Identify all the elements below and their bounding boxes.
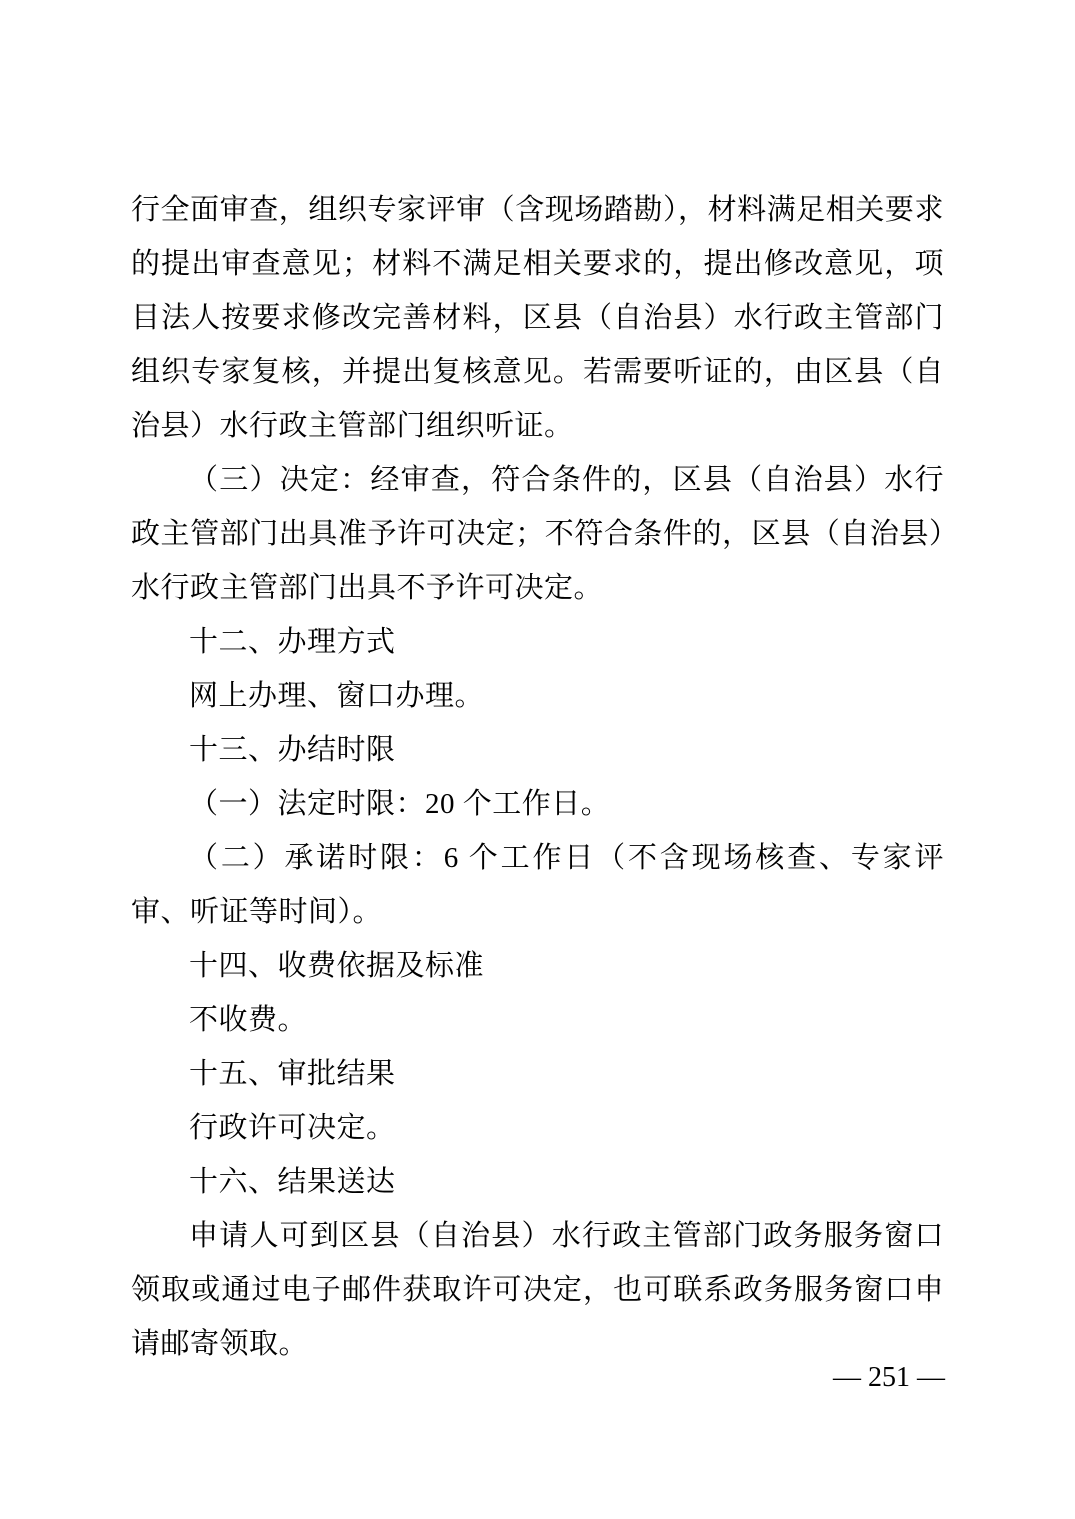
section-heading-12: 十二、办理方式 — [131, 615, 944, 669]
section-heading-15: 十五、审批结果 — [131, 1047, 944, 1101]
paragraph-review-process: 行全面审查，组织专家评审（含现场踏勘），材料满足相关要求的提出审查意见；材料不满… — [131, 183, 944, 453]
paragraph-handling-method: 网上办理、窗口办理。 — [131, 669, 944, 723]
paragraph-fee: 不收费。 — [131, 993, 944, 1047]
page-number: — 251 — — [833, 1362, 945, 1394]
paragraph-approval-result: 行政许可决定。 — [131, 1101, 944, 1155]
document-page: { "colors": { "background": "#ffffff", "… — [0, 0, 1075, 1519]
paragraph-legal-time-limit: （一）法定时限：20 个工作日。 — [131, 777, 944, 831]
paragraph-decision: （三）决定：经审查，符合条件的，区县（自治县）水行政主管部门出具准予许可决定；不… — [131, 453, 944, 615]
section-heading-14: 十四、收费依据及标准 — [131, 939, 944, 993]
paragraph-result-delivery: 申请人可到区县（自治县）水行政主管部门政务服务窗口领取或通过电子邮件获取许可决定… — [131, 1209, 944, 1371]
document-body: 行全面审查，组织专家评审（含现场踏勘），材料满足相关要求的提出审查意见；材料不满… — [131, 183, 944, 1371]
section-heading-13: 十三、办结时限 — [131, 723, 944, 777]
paragraph-promised-time-limit: （二）承诺时限：6 个工作日（不含现场核查、专家评审、听证等时间）。 — [131, 831, 944, 939]
section-heading-16: 十六、结果送达 — [131, 1155, 944, 1209]
